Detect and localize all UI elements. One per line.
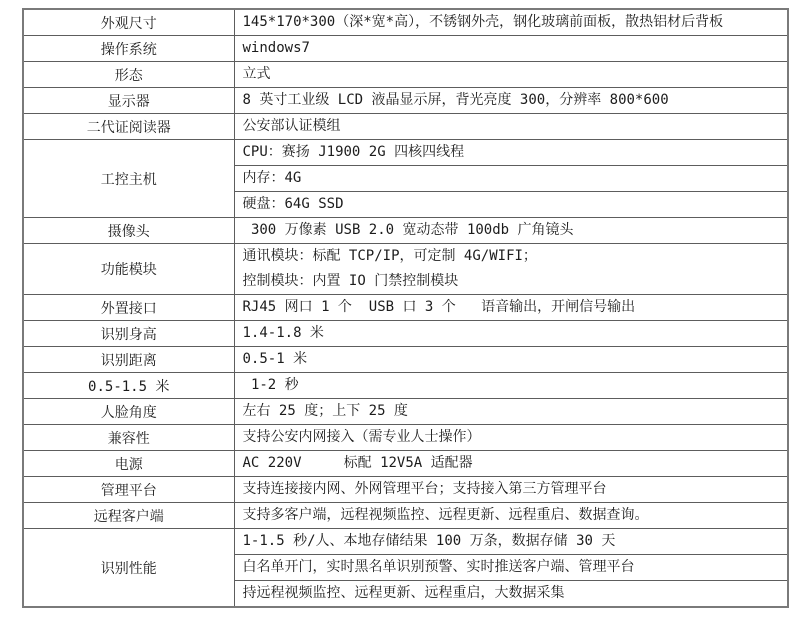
spec-value: 0.5-1 米: [234, 347, 788, 373]
spec-label: 形态: [23, 62, 234, 88]
spec-label: 电源: [23, 451, 234, 477]
spec-value: RJ45 网口 1 个 USB 口 3 个 语音输出，开闸信号输出: [234, 295, 788, 321]
spec-label: 人脸角度: [23, 399, 234, 425]
spec-row: 兼容性支持公安内网接入（需专业人士操作）: [23, 425, 788, 451]
spec-label: 远程客户端: [23, 503, 234, 529]
spec-label: 识别性能: [23, 529, 234, 608]
spec-value: 支持连接接内网、外网管理平台；支持接入第三方管理平台: [234, 477, 788, 503]
spec-row: 功能模块通讯模块：标配 TCP/IP，可定制 4G/WIFI； 控制模块：内置 …: [23, 244, 788, 295]
spec-label: 外置接口: [23, 295, 234, 321]
spec-label: 操作系统: [23, 36, 234, 62]
spec-row: 0.5-1.5 米 1-2 秒: [23, 373, 788, 399]
spec-value: 支持多客户端，远程视频监控、远程更新、远程重启、数据查询。: [234, 503, 788, 529]
spec-row: 外观尺寸145*170*300（深*宽*高），不锈钢外壳，钢化玻璃前面板，散热铝…: [23, 9, 788, 36]
spec-value: 1-2 秒: [234, 373, 788, 399]
spec-label: 功能模块: [23, 244, 234, 295]
spec-value: 公安部认证模组: [234, 114, 788, 140]
spec-row: 工控主机CPU：赛扬 J1900 2G 四核四线程: [23, 140, 788, 166]
spec-row: 显示器8 英寸工业级 LCD 液晶显示屏，背光亮度 300，分辨率 800*60…: [23, 88, 788, 114]
spec-row: 人脸角度左右 25 度；上下 25 度: [23, 399, 788, 425]
spec-row: 摄像头 300 万像素 USB 2.0 宽动态带 100db 广角镜头: [23, 218, 788, 244]
spec-value: 8 英寸工业级 LCD 液晶显示屏，背光亮度 300，分辨率 800*600: [234, 88, 788, 114]
spec-value: 白名单开门，实时黑名单识别预警、实时推送客户端、管理平台: [234, 555, 788, 581]
spec-sheet-page: 外观尺寸145*170*300（深*宽*高），不锈钢外壳，钢化玻璃前面板，散热铝…: [0, 0, 801, 622]
spec-row: 管理平台支持连接接内网、外网管理平台；支持接入第三方管理平台: [23, 477, 788, 503]
spec-row: 形态立式: [23, 62, 788, 88]
spec-label: 工控主机: [23, 140, 234, 218]
spec-row: 电源AC 220V 标配 12V5A 适配器: [23, 451, 788, 477]
spec-value: 内存：4G: [234, 166, 788, 192]
spec-value: 145*170*300（深*宽*高），不锈钢外壳，钢化玻璃前面板，散热铝材后背板: [234, 9, 788, 36]
spec-value: 持远程视频监控、远程更新、远程重启，大数据采集: [234, 581, 788, 608]
spec-row: 远程客户端支持多客户端，远程视频监控、远程更新、远程重启、数据查询。: [23, 503, 788, 529]
spec-label: 显示器: [23, 88, 234, 114]
spec-row: 识别身高1.4-1.8 米: [23, 321, 788, 347]
spec-label: 管理平台: [23, 477, 234, 503]
spec-label: 二代证阅读器: [23, 114, 234, 140]
spec-label: 摄像头: [23, 218, 234, 244]
spec-value: 1.4-1.8 米: [234, 321, 788, 347]
spec-value: 硬盘：64G SSD: [234, 192, 788, 218]
spec-label: 0.5-1.5 米: [23, 373, 234, 399]
spec-label: 识别距离: [23, 347, 234, 373]
spec-value: CPU：赛扬 J1900 2G 四核四线程: [234, 140, 788, 166]
spec-value: AC 220V 标配 12V5A 适配器: [234, 451, 788, 477]
spec-table-body: 外观尺寸145*170*300（深*宽*高），不锈钢外壳，钢化玻璃前面板，散热铝…: [23, 9, 788, 607]
spec-row: 识别性能1-1.5 秒/人、本地存储结果 100 万条，数据存储 30 天: [23, 529, 788, 555]
spec-value: 支持公安内网接入（需专业人士操作）: [234, 425, 788, 451]
spec-table: 外观尺寸145*170*300（深*宽*高），不锈钢外壳，钢化玻璃前面板，散热铝…: [22, 8, 789, 608]
spec-label: 兼容性: [23, 425, 234, 451]
spec-value: 300 万像素 USB 2.0 宽动态带 100db 广角镜头: [234, 218, 788, 244]
spec-value: 1-1.5 秒/人、本地存储结果 100 万条，数据存储 30 天: [234, 529, 788, 555]
spec-row: 外置接口RJ45 网口 1 个 USB 口 3 个 语音输出，开闸信号输出: [23, 295, 788, 321]
spec-row: 二代证阅读器公安部认证模组: [23, 114, 788, 140]
spec-value: 左右 25 度；上下 25 度: [234, 399, 788, 425]
spec-row: 识别距离0.5-1 米: [23, 347, 788, 373]
spec-value: 通讯模块：标配 TCP/IP，可定制 4G/WIFI； 控制模块：内置 IO 门…: [234, 244, 788, 295]
spec-value: 立式: [234, 62, 788, 88]
spec-label: 外观尺寸: [23, 9, 234, 36]
spec-row: 操作系统windows7: [23, 36, 788, 62]
spec-value: windows7: [234, 36, 788, 62]
spec-label: 识别身高: [23, 321, 234, 347]
